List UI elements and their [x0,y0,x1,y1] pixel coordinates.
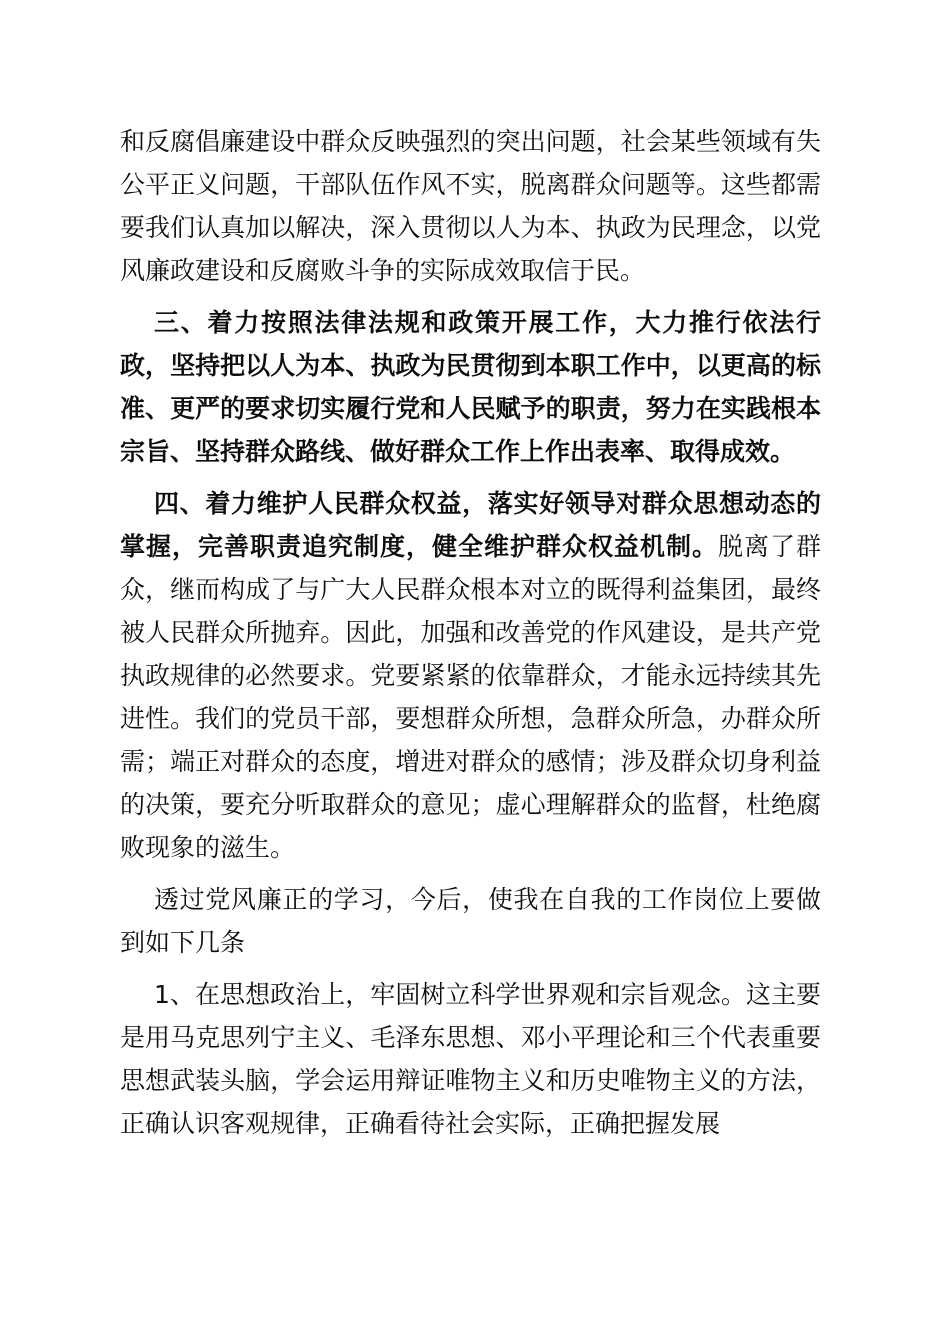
para-heading-three: 三、着力按照法律法规和政策开展工作，大力推行依法行政，坚持把以人为本、执政为民贯… [120,301,821,473]
para-continuation: 和反腐倡廉建设中群众反映强烈的突出问题，社会某些领域有失公平正义问题，干部队伍作… [120,120,821,292]
text-run-bold: 三、着力按照法律法规和政策开展工作，大力推行依法行政，坚持把以人为本、执政为民贯… [120,308,821,466]
text-run: 1、在思想政治上，牢固树立科学世界观和宗旨观念。这主要是用马克思列宁主义、毛泽东… [120,980,821,1138]
text-run: 脱离了群众，继而构成了与广大人民群众根本对立的既得利益集团，最终被人民群众所抛弃… [120,532,821,862]
para-item-1: 1、在思想政治上，牢固树立科学世界观和宗旨观念。这主要是用马克思列宁主义、毛泽东… [120,973,821,1145]
text-run: 透过党风廉正的学习，今后，使我在自我的工作岗位上要做到如下几条 [120,885,821,957]
text-run-bold: 四、着力维护人民群众权益，落实好领导对群众思想动态的掌握，完善职责追究制度，健全… [120,489,821,561]
para-heading-four: 四、着力维护人民群众权益，落实好领导对群众思想动态的掌握，完善职责追究制度，健全… [120,482,821,869]
text-block: 和反腐倡廉建设中群众反映强烈的突出问题，社会某些领域有失公平正义问题，干部队伍作… [120,120,821,1145]
document-page: 和反腐倡廉建设中群众反映强烈的突出问题，社会某些领域有失公平正义问题，干部队伍作… [0,0,950,1344]
text-run: 和反腐倡廉建设中群众反映强烈的突出问题，社会某些领域有失公平正义问题，干部队伍作… [120,127,821,285]
para-transition: 透过党风廉正的学习，今后，使我在自我的工作岗位上要做到如下几条 [120,878,821,964]
